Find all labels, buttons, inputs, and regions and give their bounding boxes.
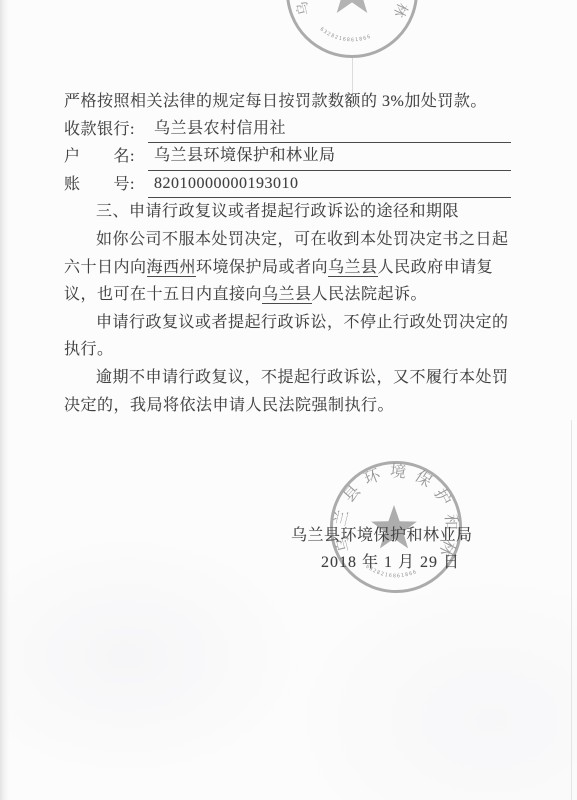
scanned-document-page: 乌兰县环境保护和林业局 6328216861866 严格按照相关法律的规定每日按…: [0, 0, 577, 800]
seal-ring-text: 乌兰县环境保护和林业局: [300, 437, 460, 566]
paragraph-enforce: 逾期不申请行政复议，不提起行政诉讼，又不履行本处罚决定的，我局将依法申请人民法院…: [64, 364, 511, 419]
bank-row-account-name: 户 名: 乌兰县环境保护和林业局: [64, 143, 511, 171]
document-body: 严格按照相关法律的规定每日按罚款数额的 3%加处罚款。 收款银行: 乌兰县农村信…: [64, 88, 511, 419]
bank-row-account-number: 账 号: 82010000000193010: [64, 171, 511, 199]
official-seal-top-clipped: 乌兰县环境保护和林业局 6328216861866: [280, 0, 425, 78]
intro-line: 严格按照相关法律的规定每日按罚款数额的 3%加处罚款。: [64, 88, 511, 116]
scan-edge-left: [0, 0, 9, 800]
scan-edge-right: [571, 420, 572, 800]
seal-code: 6328216861866: [319, 27, 373, 44]
seal-star-icon: [327, 0, 376, 13]
signature-agency: 乌兰县环境保护和林业局: [291, 522, 473, 545]
bank-row-bank: 收款银行: 乌兰县农村信用社: [64, 116, 511, 144]
signature-date: 2018 年 1 月 29 日: [321, 549, 460, 572]
section-heading: 三、申请行政复议或者提起行政诉讼的途径和期限: [64, 198, 511, 226]
account-number-label: 账 号:: [64, 171, 148, 199]
account-name-label: 户 名:: [64, 143, 148, 171]
paragraph-no-suspend: 申请行政复议或者提起行政诉讼，不停止行政处罚决定的执行。: [64, 309, 511, 364]
account-number-value: 82010000000193010: [148, 170, 511, 199]
bank-label: 收款银行:: [64, 116, 148, 144]
account-name-value: 乌兰县环境保护和林业局: [148, 142, 511, 171]
paragraph-recourse: 如你公司不服本处罚决定，可在收到本处罚决定书之日起六十日内向海西州环境保护局或者…: [64, 226, 511, 309]
bank-value: 乌兰县农村信用社: [148, 115, 511, 144]
